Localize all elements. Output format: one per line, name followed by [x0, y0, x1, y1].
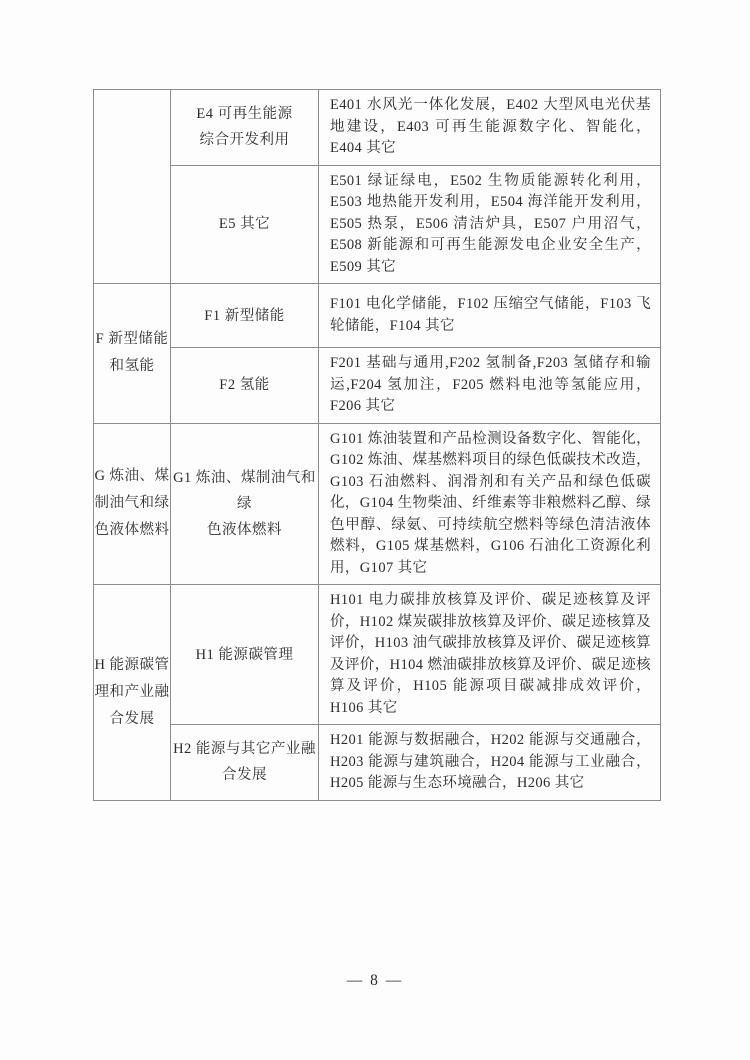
- category-cell-f2: F2 氢能: [171, 348, 319, 424]
- group-label: G 炼油、煤: [94, 463, 170, 490]
- group-cell-g: G 炼油、煤 制油气和绿 色液体燃料: [94, 423, 171, 585]
- table-row-e4: E4 可再生能源 综合开发利用 E401 水风光一体化发展，E402 大型风电光…: [94, 90, 661, 166]
- category-label: E5 其它: [171, 211, 318, 237]
- category-label: 合发展: [171, 762, 318, 788]
- category-label: 综合开发利用: [171, 127, 318, 153]
- category-cell-e5: E5 其它: [171, 165, 319, 284]
- table-row-f1: F 新型储能 和氢能 F1 新型储能 F101 电化学储能，F102 压缩空气储…: [94, 284, 661, 348]
- detail-cell-f2: F201 基础与通用,F202 氢制备,F203 氢储存和输运,F204 氢加注…: [319, 348, 661, 424]
- detail-cell-e4: E401 水风光一体化发展，E402 大型风电光伏基地建设，E403 可再生能源…: [319, 90, 661, 166]
- page-number: — 8 —: [0, 972, 750, 990]
- group-label: 色液体燃料: [94, 517, 170, 544]
- category-label: F2 氢能: [171, 372, 318, 398]
- category-cell-f1: F1 新型储能: [171, 284, 319, 348]
- category-label: G1 炼油、煤制油气和绿: [171, 465, 318, 517]
- category-label: H1 能源碳管理: [171, 642, 318, 668]
- detail-cell-h1: H101 电力碳排放核算及评价、碳足迹核算及评价，H102 煤炭碳排放核算及评价…: [319, 585, 661, 725]
- group-label: 理和产业融: [94, 679, 170, 706]
- table-row-g1: G 炼油、煤 制油气和绿 色液体燃料 G1 炼油、煤制油气和绿 色液体燃料 G1…: [94, 423, 661, 585]
- category-cell-h2: H2 能源与其它产业融 合发展: [171, 725, 319, 801]
- detail-cell-f1: F101 电化学储能，F102 压缩空气储能，F103 飞轮储能，F104 其它: [319, 284, 661, 348]
- group-cell-e-continued: [94, 90, 171, 284]
- group-label: 合发展: [94, 706, 170, 733]
- category-label: E4 可再生能源: [171, 101, 318, 127]
- detail-cell-e5: E501 绿证绿电，E502 生物质能源转化利用，E503 地热能开发利用，E5…: [319, 165, 661, 284]
- category-label: 色液体燃料: [171, 517, 318, 543]
- category-label: H2 能源与其它产业融: [171, 736, 318, 762]
- table-row-h2: H2 能源与其它产业融 合发展 H201 能源与数据融合，H202 能源与交通融…: [94, 725, 661, 801]
- category-cell-g1: G1 炼油、煤制油气和绿 色液体燃料: [171, 423, 319, 585]
- category-cell-e4: E4 可再生能源 综合开发利用: [171, 90, 319, 166]
- category-cell-h1: H1 能源碳管理: [171, 585, 319, 725]
- table-row-f2: F2 氢能 F201 基础与通用,F202 氢制备,F203 氢储存和输运,F2…: [94, 348, 661, 424]
- detail-cell-g1: G101 炼油装置和产品检测设备数字化、智能化，G102 炼油、煤基燃料项目的绿…: [319, 423, 661, 585]
- category-label: F1 新型储能: [171, 303, 318, 329]
- table-row-h1: H 能源碳管 理和产业融 合发展 H1 能源碳管理 H101 电力碳排放核算及评…: [94, 585, 661, 725]
- group-label: 和氢能: [94, 353, 170, 380]
- classification-table: E4 可再生能源 综合开发利用 E401 水风光一体化发展，E402 大型风电光…: [93, 89, 661, 801]
- group-cell-f: F 新型储能 和氢能: [94, 284, 171, 424]
- detail-cell-h2: H201 能源与数据融合，H202 能源与交通融合，H203 能源与建筑融合，H…: [319, 725, 661, 801]
- group-label: H 能源碳管: [94, 652, 170, 679]
- table-row-e5: E5 其它 E501 绿证绿电，E502 生物质能源转化利用，E503 地热能开…: [94, 165, 661, 284]
- group-label: F 新型储能: [94, 326, 170, 353]
- document-page: E4 可再生能源 综合开发利用 E401 水风光一体化发展，E402 大型风电光…: [0, 0, 750, 1060]
- group-cell-h: H 能源碳管 理和产业融 合发展: [94, 585, 171, 801]
- group-label: 制油气和绿: [94, 490, 170, 517]
